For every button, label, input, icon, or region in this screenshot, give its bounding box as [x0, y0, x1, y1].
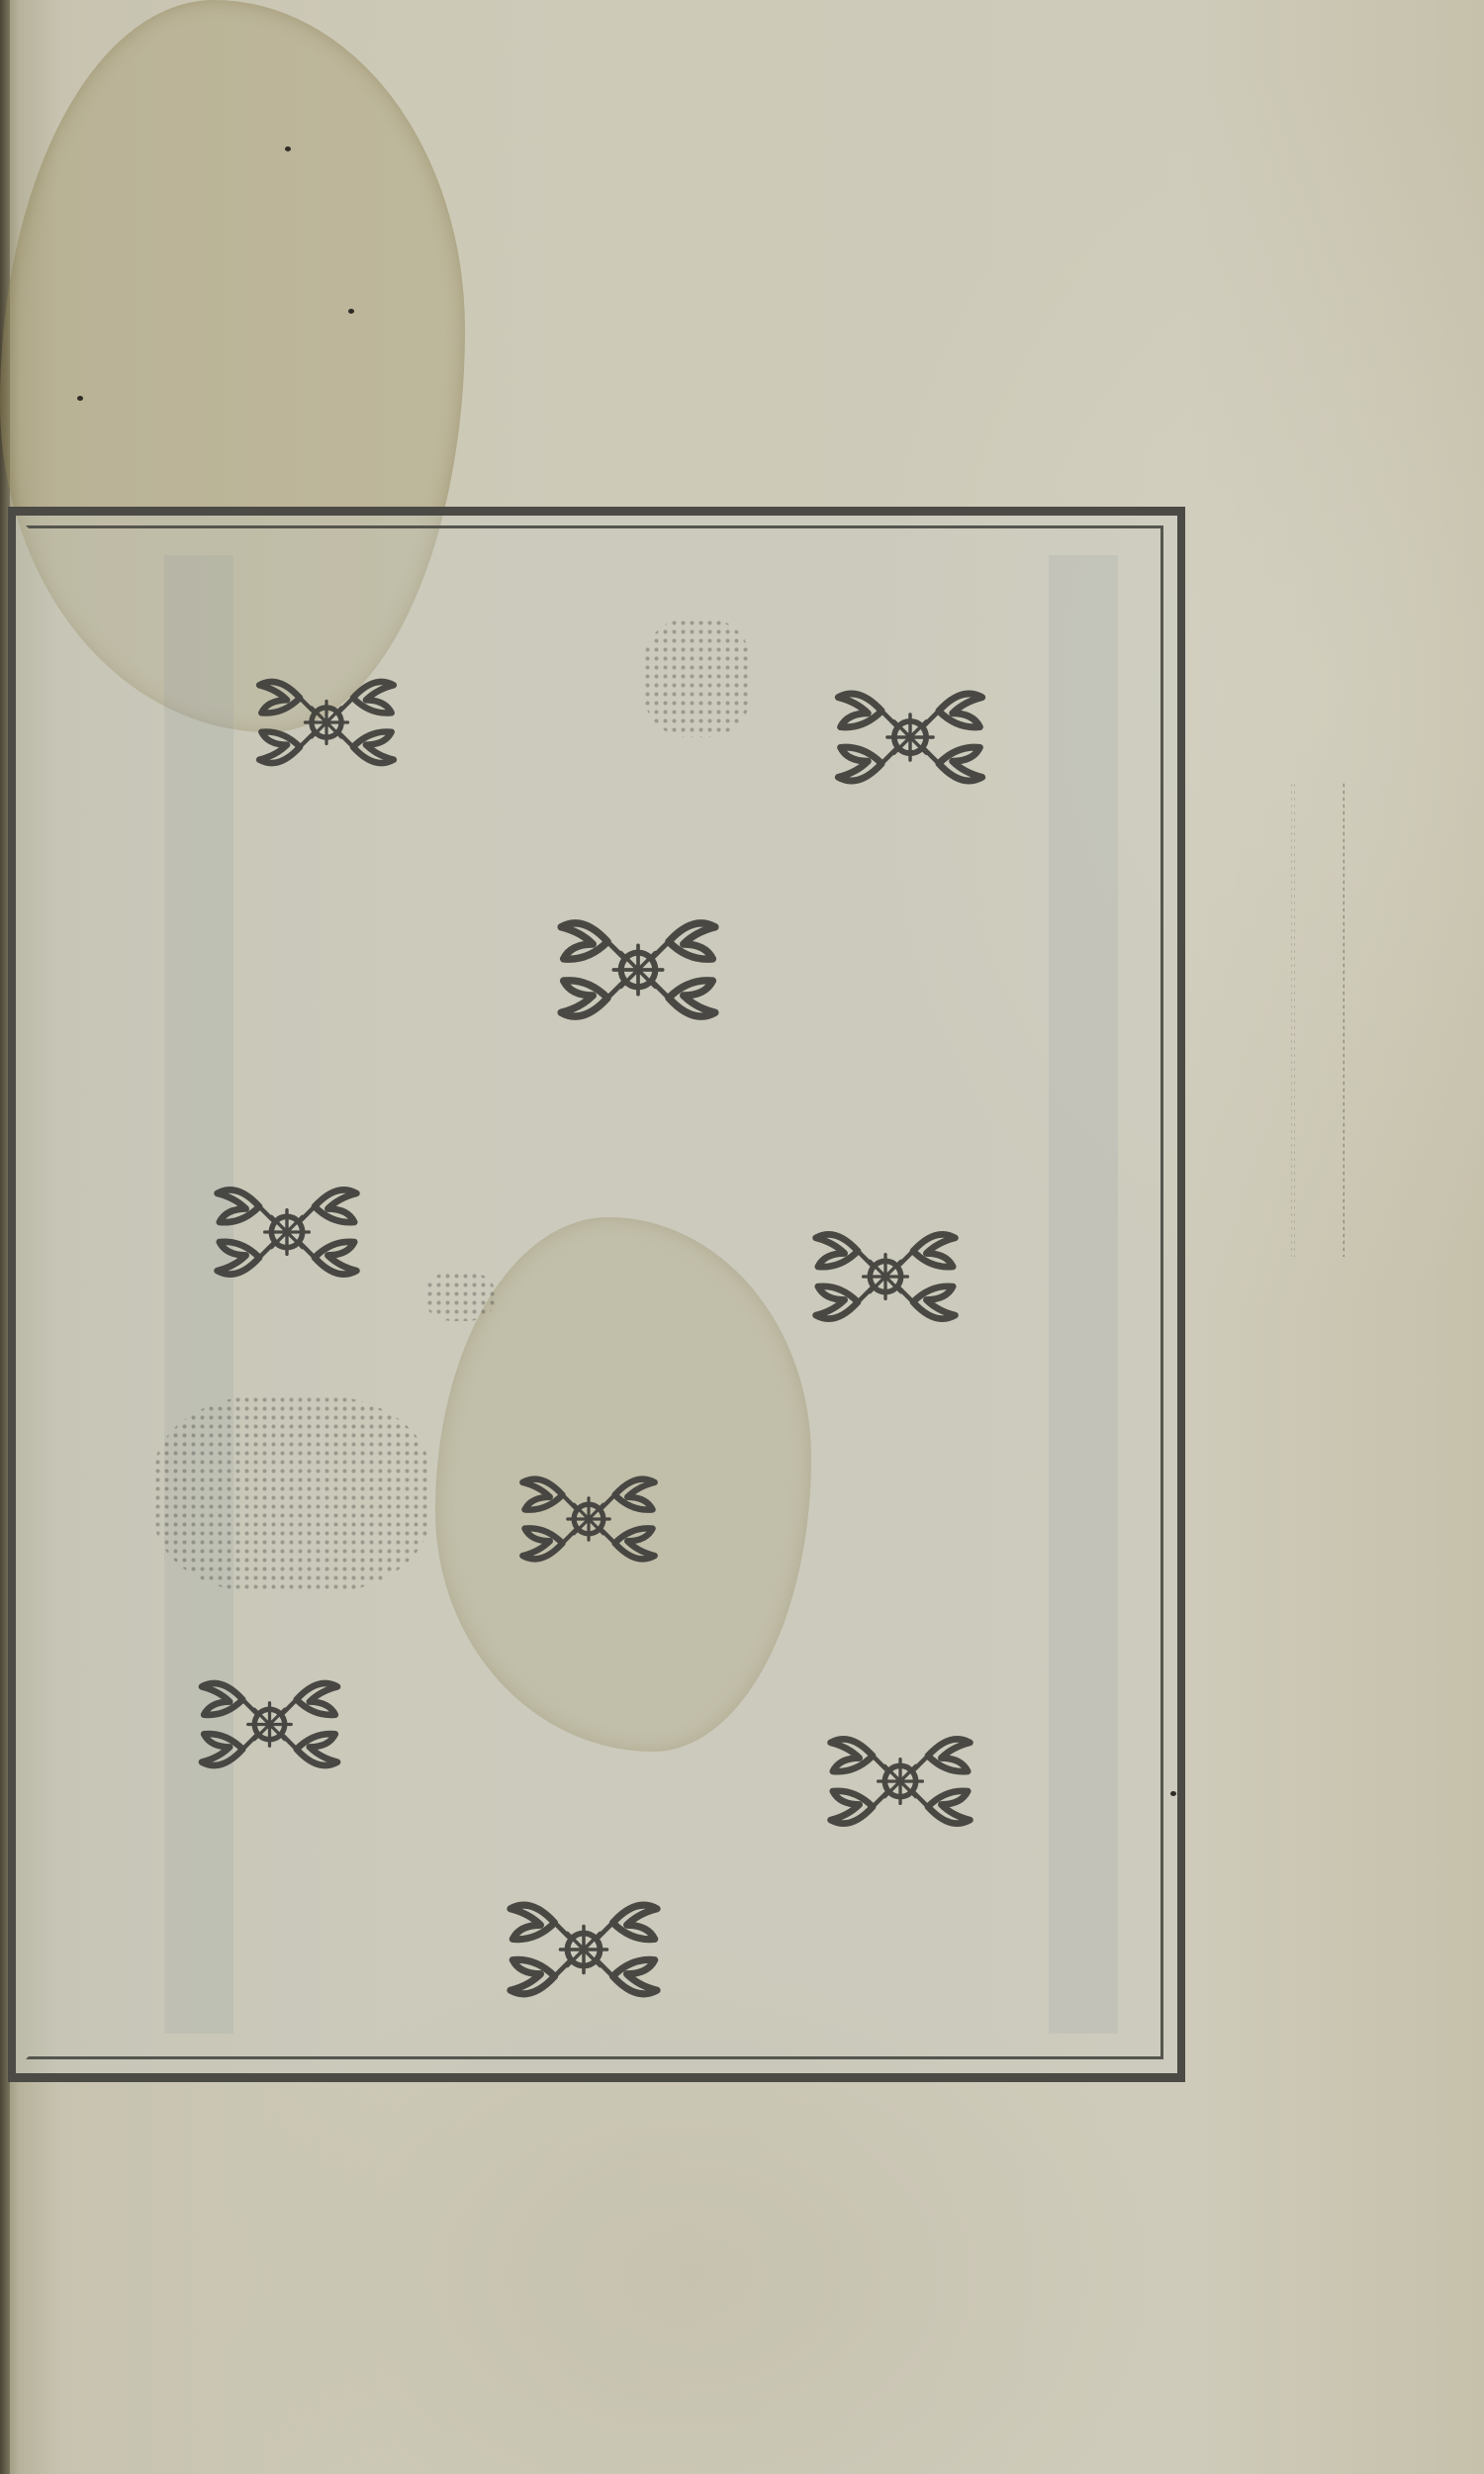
- floral-ornament-icon: [791, 1202, 979, 1351]
- floral-stamp-flower-1: [232, 653, 420, 792]
- floral-ornament-icon: [500, 1445, 678, 1593]
- floral-ornament-icon: [534, 881, 742, 1059]
- floral-stamp-flower-2: [811, 663, 1009, 811]
- floral-stamp-flower-6: [500, 1445, 678, 1593]
- show-through-2: [153, 1395, 430, 1593]
- floral-stamp-flower-4: [193, 1158, 381, 1306]
- floral-ornament-icon: [811, 663, 1009, 811]
- paper-speck: [77, 396, 83, 401]
- show-through-column: [1049, 555, 1118, 2034]
- floral-stamp-flower-3: [534, 881, 742, 1059]
- paper-speck: [285, 146, 291, 151]
- floral-stamp-flower-8: [806, 1702, 994, 1860]
- floral-ornament-icon: [485, 1870, 683, 2029]
- floral-stamp-flower-7: [178, 1653, 361, 1796]
- floral-stamp-flower-9: [485, 1870, 683, 2029]
- paper-speck: [348, 309, 354, 314]
- book-page: [0, 0, 1484, 2474]
- show-through-1: [643, 618, 752, 737]
- floral-ornament-icon: [178, 1653, 361, 1796]
- show-through-3: [425, 1272, 495, 1321]
- ink-offset-marks: [1252, 782, 1400, 1257]
- floral-stamp-flower-5: [791, 1202, 979, 1351]
- paper-speck: [1170, 1791, 1176, 1796]
- floral-ornament-icon: [232, 653, 420, 792]
- floral-ornament-icon: [193, 1158, 381, 1306]
- floral-ornament-icon: [806, 1702, 994, 1860]
